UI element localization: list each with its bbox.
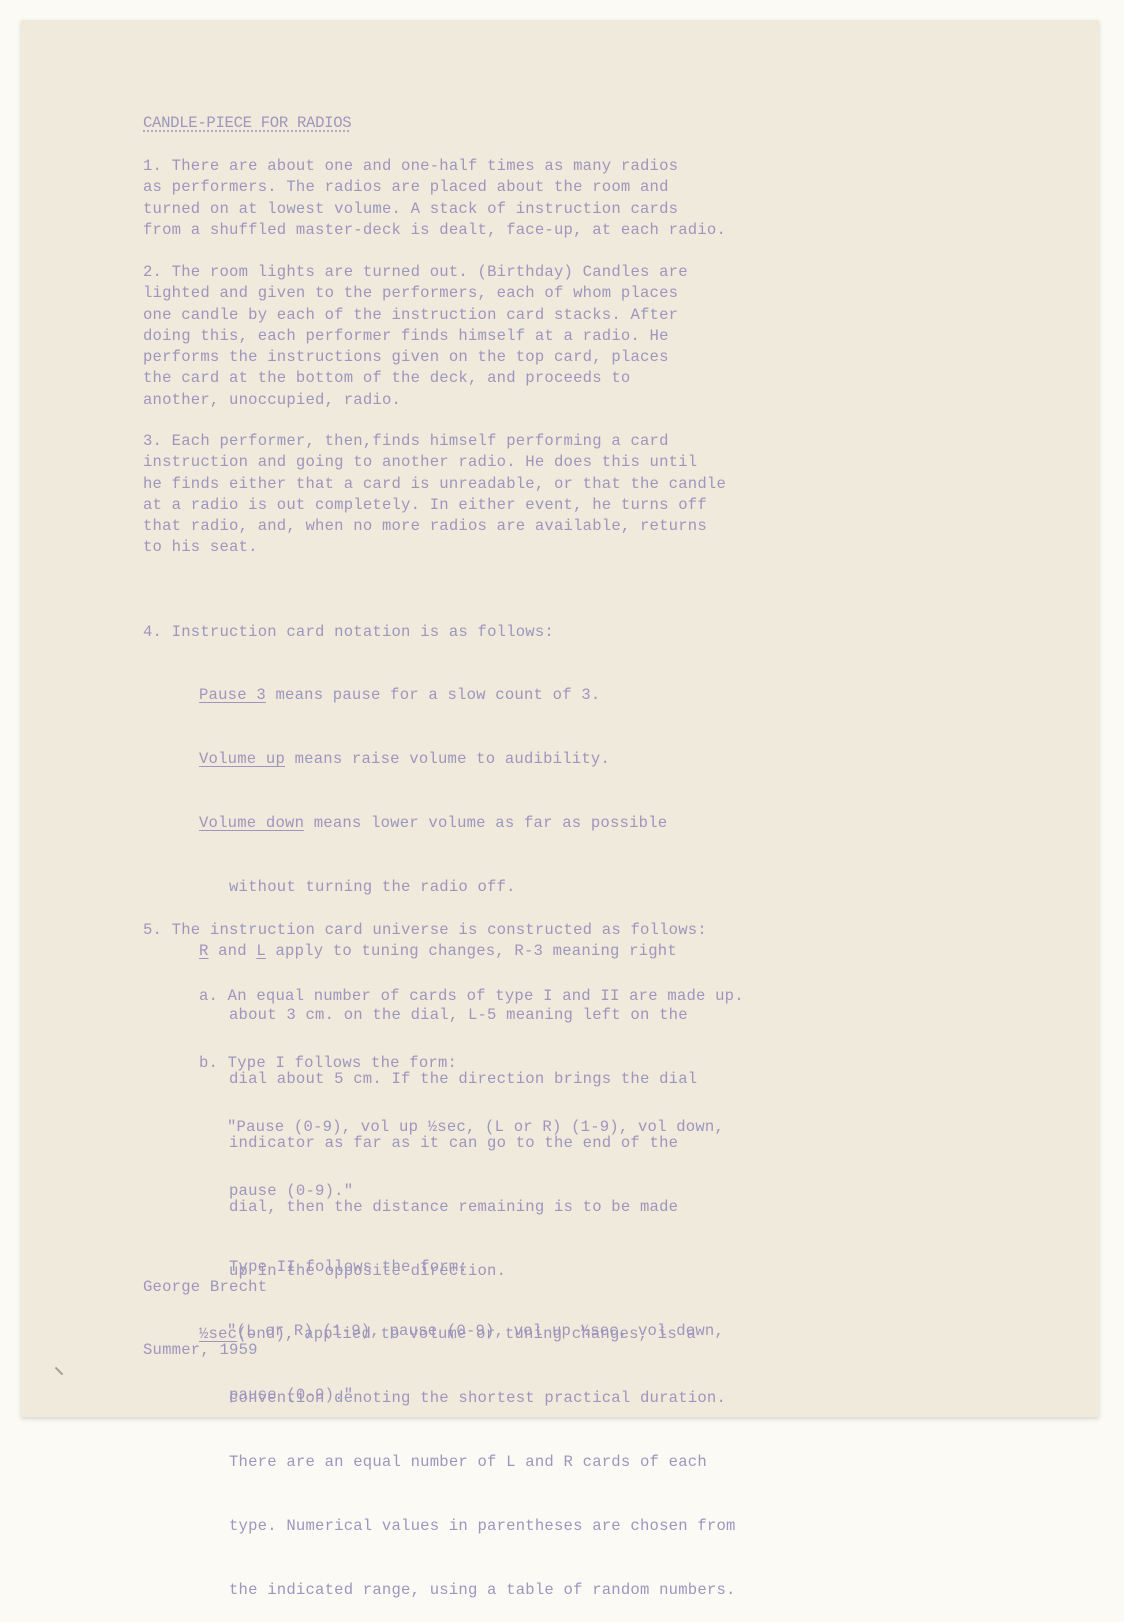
text-line: instruction and going to another radio. …	[143, 452, 726, 473]
section-1: 1. There are about one and one-half time…	[143, 156, 726, 241]
notation-term: Volume up	[199, 750, 285, 768]
text-line: he finds either that a card is unreadabl…	[143, 474, 726, 495]
section-2: 2. The room lights are turned out. (Birt…	[143, 262, 688, 411]
pencil-mark	[55, 1367, 63, 1375]
text-line: lighted and given to the performers, eac…	[143, 283, 688, 304]
type-i-form: "Pause (0-9), vol up ½sec, (L or R) (1-9…	[143, 1117, 744, 1138]
section-3: 3. Each performer, then,finds himself pe…	[143, 431, 726, 559]
text-line: at a radio is out completely. In either …	[143, 495, 726, 516]
text-line: 3. Each performer, then,finds himself pe…	[143, 431, 726, 452]
notation-desc: means raise volume to audibility.	[285, 750, 610, 768]
text-line: as performers. The radios are placed abo…	[143, 177, 726, 198]
notation-term: Volume down	[199, 814, 304, 832]
item-b-label: b. Type I follows the form:	[143, 1053, 744, 1074]
text-line: that radio, and, when no more radios are…	[143, 516, 726, 537]
type-ii-form: pause (0-9)."	[143, 1385, 744, 1406]
section-intro: 5. The instruction card universe is cons…	[143, 920, 744, 941]
notation-desc: means pause for a slow count of 3.	[266, 686, 601, 704]
text-line: to his seat.	[143, 537, 726, 558]
notation-term: Pause 3	[199, 686, 266, 704]
text-line: one candle by each of the instruction ca…	[143, 305, 688, 326]
signature: George Brecht Summer, 1959	[143, 1234, 267, 1383]
type-i-form: pause (0-9)."	[143, 1181, 744, 1202]
text-line: performs the instructions given on the t…	[143, 347, 688, 368]
text-line: 1. There are about one and one-half time…	[143, 156, 726, 177]
text-line: doing this, each performer finds himself…	[143, 326, 688, 347]
section-intro: 4. Instruction card notation is as follo…	[143, 622, 726, 643]
document-title: CANDLE-PIECE FOR RADIOS	[143, 113, 351, 134]
text-line: from a shuffled master-deck is dealt, fa…	[143, 220, 726, 241]
text-line: the card at the bottom of the deck, and …	[143, 368, 688, 389]
text-line: turned on at lowest volume. A stack of i…	[143, 199, 726, 220]
notation-desc: means lower volume as far as possible	[304, 814, 667, 832]
item-a: a. An equal number of cards of type I an…	[143, 986, 744, 1007]
author-name: George Brecht	[143, 1277, 267, 1298]
text-line: another, unoccupied, radio.	[143, 390, 688, 411]
date-text: Summer, 1959	[143, 1340, 267, 1361]
text-line: 2. The room lights are turned out. (Birt…	[143, 262, 688, 283]
